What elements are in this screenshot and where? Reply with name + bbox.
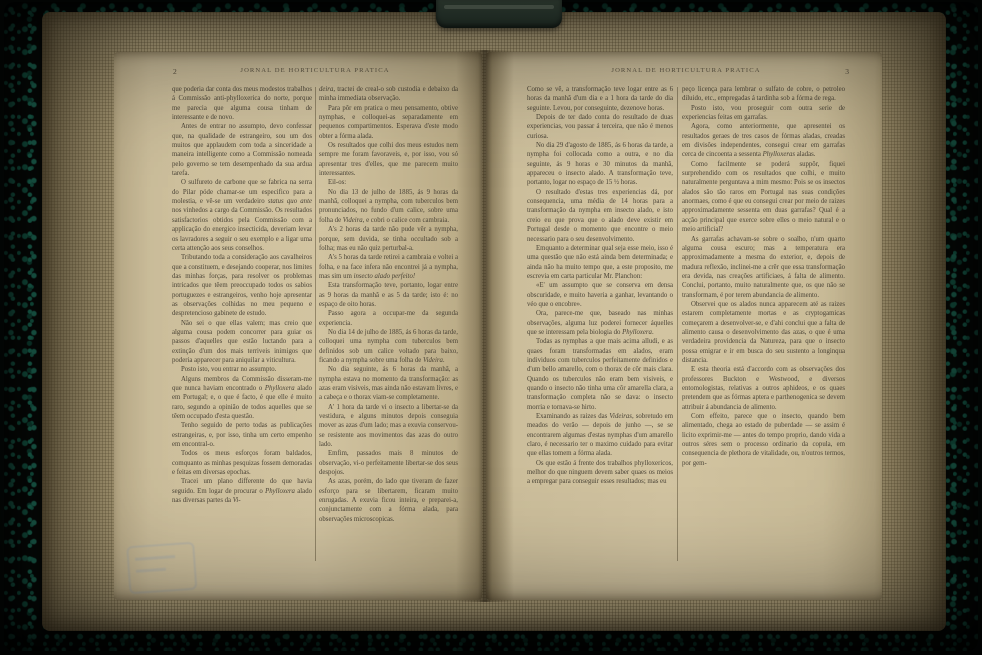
left-page: 2 JORNAL DE HORTICULTURA PRATICA que pod… [114,52,482,600]
paragraph: A's 2 horas da tarde não pude vêr a nymp… [319,225,458,253]
paragraph: Antes de entrar no assumpto, devo confes… [172,122,312,178]
paragraph: deira, tractei de creal-o sob custodia e… [319,85,458,104]
paragraph: A's 5 horas da tarde retirei a cambraia … [319,253,458,281]
paragraph: Os que estão á frente dos trabalhos phyl… [527,459,673,487]
running-title: JORNAL DE HORTICULTURA PRATICA [172,67,458,74]
paragraph: Eil-os: [319,178,458,187]
paragraph: Examinando as raizes das Videiras, sobre… [527,412,673,459]
paragraph: No dia 13 de julho de 1885, ás 9 horas d… [319,188,458,225]
text-column: que poderia dar conta dos meus modestos … [172,85,312,567]
spine-headband [436,0,562,28]
paragraph: Tracei um plano differente do que havia … [172,477,312,505]
column-rule [315,87,316,561]
text-column: peço licença para lembrar o sulfato de c… [682,85,845,567]
paragraph: No dia 14 de julho de 1885, ás 6 horas d… [319,328,458,365]
paragraph: Todas as nymphas a que mais acima alludi… [527,337,673,412]
paragraph: Todos os meus esforços foram baldados, c… [172,449,312,477]
paragraph: Não sei o que ellas valem; mas creio que… [172,319,312,366]
paragraph: Posto isto, vou entrar no assumpto. [172,365,312,374]
column-rule [677,87,678,561]
paragraph: Posto isto, vou proseguir com outra seri… [682,104,845,123]
book-photograph: 2 JORNAL DE HORTICULTURA PRATICA que pod… [0,0,982,655]
paragraph: O resultado d'estas tres experiencias dá… [527,188,673,244]
paragraph: «E' um assumpto que se conserva em densa… [527,281,673,309]
paragraph: Esta transformação teve, portanto, logar… [319,281,458,309]
right-page-textblock: Como se vê, a transformação teve logar e… [486,85,882,600]
left-page-textblock: que poderia dar conta dos meus modestos … [114,85,482,600]
text-column: Como se vê, a transformação teve logar e… [527,85,673,567]
right-page: JORNAL DE HORTICULTURA PRATICA 3 Como se… [486,52,882,600]
paragraph: Ora, parece-me que, baseado nas minhas o… [527,309,673,337]
paragraph: Para pôr em pratica o meu pensamento, ob… [319,104,458,141]
paragraph: O sulfureto de carbone que se fabrica na… [172,178,312,253]
paragraph: No dia seguinte, ás 6 horas da manhã, a … [319,365,458,402]
paragraph: que poderia dar conta dos meus modestos … [172,85,312,122]
paragraph: Tributando toda a consideração aos caval… [172,253,312,318]
right-page-header: JORNAL DE HORTICULTURA PRATICA 3 [486,67,882,79]
paragraph: Observei que os alados nunca apparecem a… [682,300,845,365]
paragraph: No dia 29 d'agosto de 1885, ás 6 horas d… [527,141,673,188]
paragraph: Agora, como anteriormente, que apresente… [682,122,845,159]
paragraph: Como se vê, a transformação teve logar e… [527,85,673,113]
paragraph: As azas, porém, do lado que tiveram de f… [319,477,458,524]
paragraph: Tenho seguido de perto todas as publicaç… [172,421,312,449]
paragraph: peço licença para lembrar o sulfato de c… [682,85,845,104]
paragraph: Emquanto a determinar qual seja esse mei… [527,244,673,281]
library-stamp [120,537,204,604]
paragraph: Como facilmente se poderá suppôr, fiquei… [682,160,845,235]
left-page-header: 2 JORNAL DE HORTICULTURA PRATICA [114,67,482,79]
paragraph: Emfim, passados mais 8 minutos de observ… [319,449,458,477]
paragraph: As garrafas achavam-se sobre o soalho, n… [682,235,845,300]
paragraph: Com effeito, parece que o insecto, quand… [682,412,845,468]
paragraph: E esta theoria está d'accordo com as obs… [682,365,845,412]
page-number: 3 [845,67,849,76]
paragraph: Alguns membros da Commissão disseram-me … [172,375,312,422]
text-column: deira, tractei de creal-o sob custodia e… [319,85,458,567]
paragraph: Os resultados que colhi dos meus estudos… [319,141,458,178]
running-title: JORNAL DE HORTICULTURA PRATICA [527,67,845,74]
paragraph: Passo agora a occupar-me da segunda expe… [319,309,458,328]
paragraph: A' 1 hora da tarde vi o insecto a libert… [319,403,458,450]
paragraph: Depois de ter dado conta do resultado de… [527,113,673,141]
